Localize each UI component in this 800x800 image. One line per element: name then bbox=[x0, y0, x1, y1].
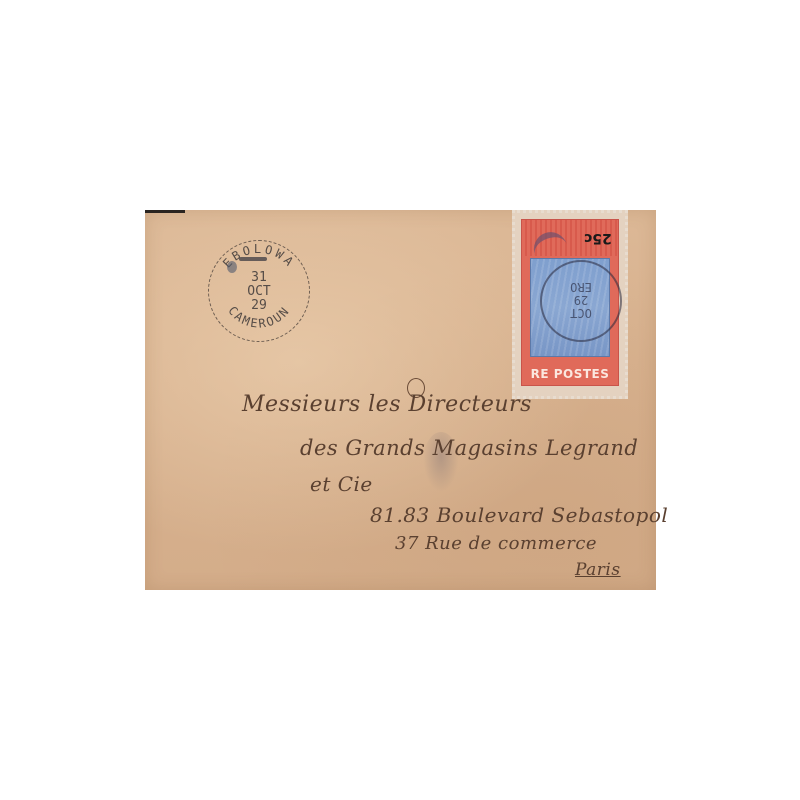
postage-stamp: 25c OCT 29 ERO RE POSTES bbox=[512, 210, 628, 399]
envelope: EBOLOWA CAMEROUN 31 OCT 29 25c OCT 29 bbox=[145, 210, 656, 590]
ink-bar bbox=[239, 257, 267, 261]
postmark: EBOLOWA CAMEROUN 31 OCT 29 bbox=[208, 240, 310, 342]
envelope-edge-shadow bbox=[145, 210, 185, 213]
postmark-year: 29 bbox=[209, 299, 309, 313]
address-line-2: des Grands Magasins Legrand bbox=[300, 436, 638, 460]
stamp-frame: 25c OCT 29 ERO RE POSTES bbox=[521, 219, 619, 386]
address-line-1: Messieurs les Directeurs bbox=[242, 392, 532, 417]
address-line-3: et Cie bbox=[310, 472, 373, 496]
address-line-5: 37 Rue de commerce bbox=[395, 533, 597, 554]
address-line-4: 81.83 Boulevard Sebastopol bbox=[370, 503, 668, 527]
stamp-cancellation: OCT 29 ERO bbox=[540, 260, 622, 342]
postmark-day: 31 bbox=[209, 271, 309, 285]
stamp-cancel-text: OCT 29 ERO bbox=[542, 280, 620, 319]
address-line-6: Paris bbox=[575, 560, 621, 580]
postmark-month: OCT bbox=[209, 285, 309, 299]
stamp-postes-label: RE POSTES bbox=[522, 367, 618, 381]
stamp-denomination: 25c bbox=[584, 230, 612, 246]
postmark-date: 31 OCT 29 bbox=[209, 271, 309, 313]
